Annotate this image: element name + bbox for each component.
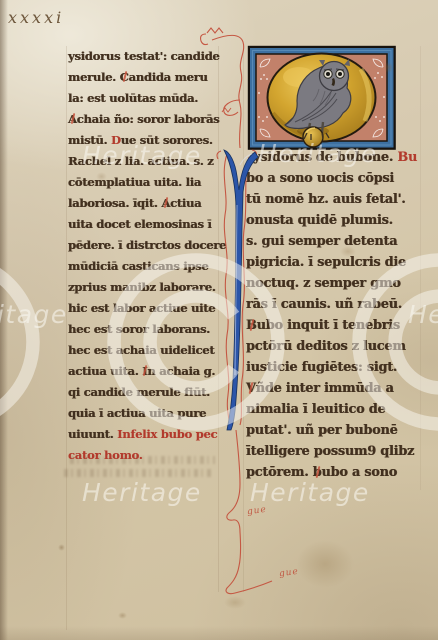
- heritage-watermark: Heritage: [258, 139, 378, 168]
- stain: [58, 544, 65, 551]
- heritage-watermark: Heritage: [82, 478, 202, 507]
- stain: [96, 172, 107, 181]
- pen-zigzag: [207, 28, 223, 33]
- copyright-watermark-icon: [0, 247, 46, 437]
- heritage-watermark: Heritage: [82, 141, 202, 170]
- heritage-watermark: Heritage: [250, 478, 370, 507]
- pen-curl: [201, 34, 208, 45]
- stain: [118, 612, 127, 619]
- stain: [296, 540, 354, 588]
- stain: [224, 596, 246, 609]
- stain: [384, 62, 393, 73]
- manuscript-page: xxxxi ysidorus testat': candidemerule. C…: [0, 0, 438, 640]
- copyright-watermark-icon: [101, 247, 291, 437]
- copyright-watermark-icon: [346, 247, 438, 437]
